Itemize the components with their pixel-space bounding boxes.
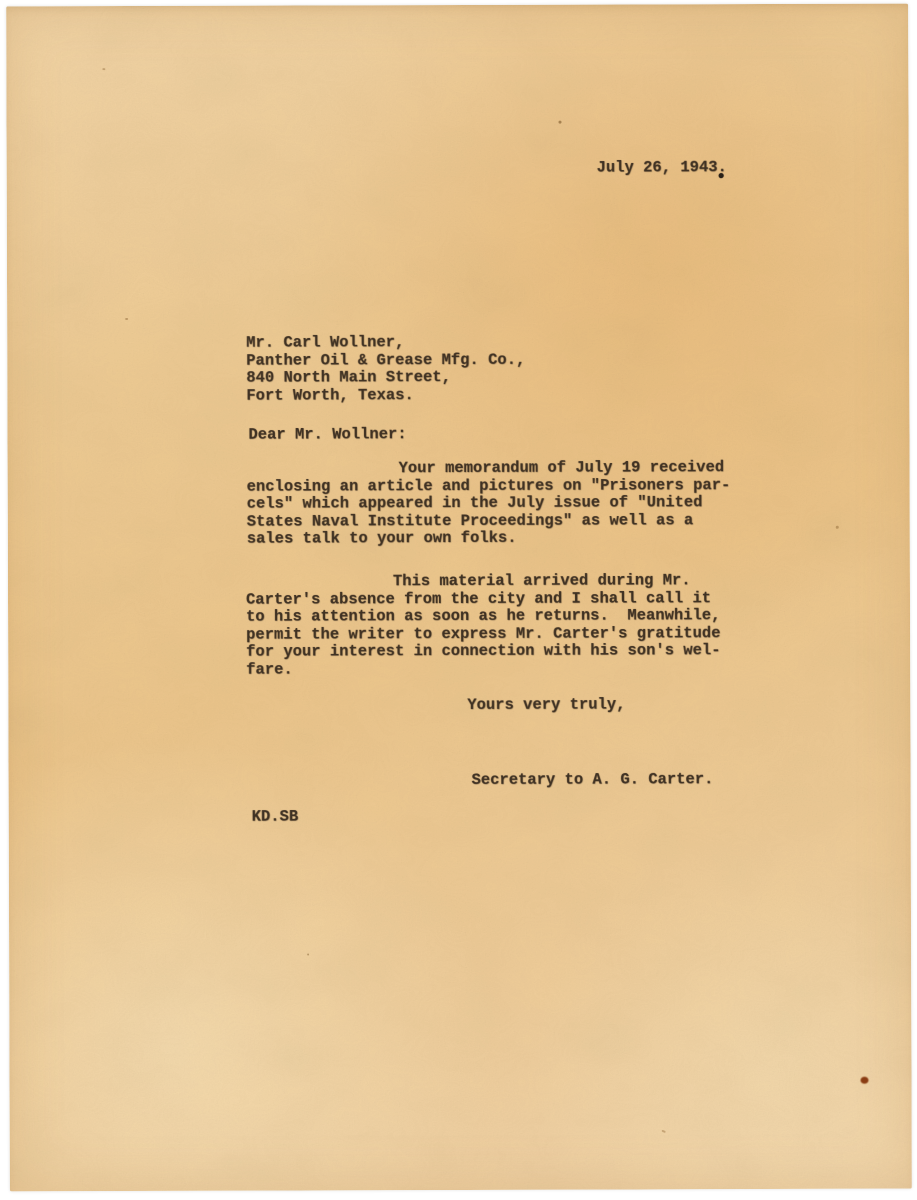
typist-initials: KD.SB [252, 809, 299, 827]
paper-fiber [661, 1130, 665, 1133]
complimentary-closing: Yours very truly, [467, 696, 625, 714]
body-paragraph-1: Your memorandum of July 19 received encl… [247, 459, 731, 548]
signature-line: Secretary to A. G. Carter. [472, 771, 714, 789]
letter-scan: July 26, 1943. Mr. Carl Wollner, Panther… [0, 0, 917, 1200]
rust-spot [861, 1077, 869, 1084]
date-line: July 26, 1943. [597, 159, 727, 177]
paper-speck [559, 121, 562, 124]
paper-speck [307, 953, 309, 955]
letter-paper: July 26, 1943. Mr. Carl Wollner, Panther… [6, 4, 912, 1192]
body-paragraph-2: This material arrived during Mr. Carter'… [246, 572, 721, 679]
paper-speck [125, 318, 128, 320]
paper-speck [102, 68, 105, 70]
paper-speck [836, 526, 839, 529]
salutation: Dear Mr. Wollner: [248, 426, 406, 444]
recipient-address: Mr. Carl Wollner, Panther Oil & Grease M… [246, 334, 525, 405]
